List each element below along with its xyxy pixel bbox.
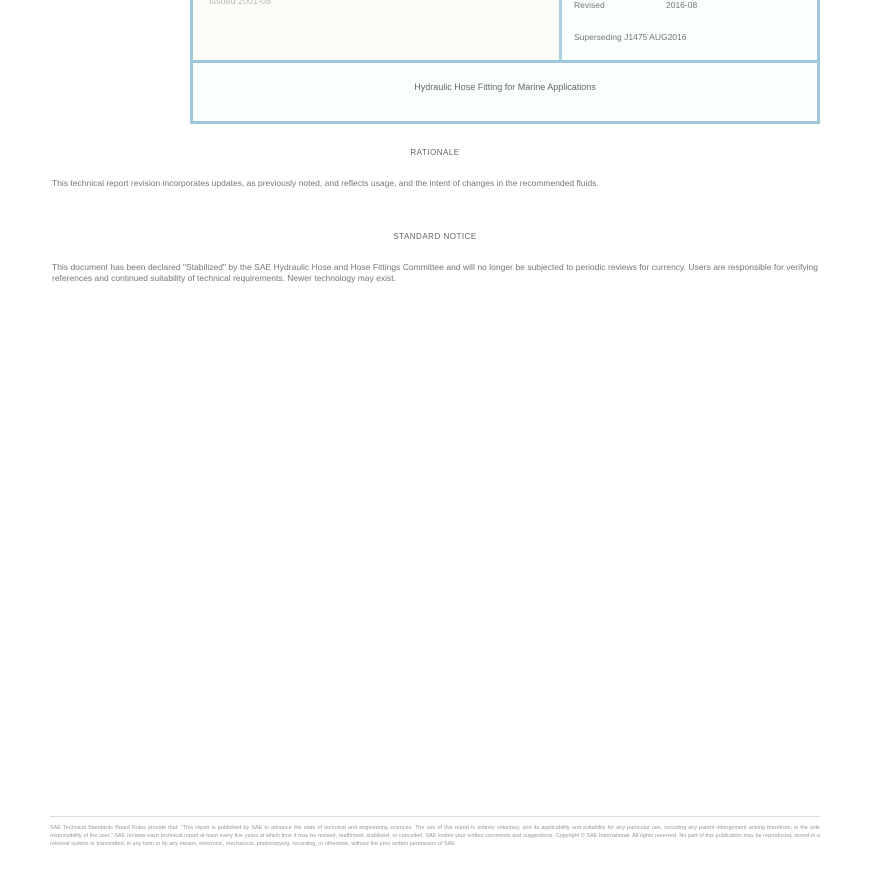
superseding-label: Superseding — [574, 32, 622, 42]
revised-value: 2016-08 — [666, 0, 697, 10]
rationale-heading: RATIONALE — [50, 148, 820, 157]
issued-text: Issued 2001-08 — [209, 0, 271, 6]
standard-notice-heading: STANDARD NOTICE — [50, 232, 820, 241]
header-top-row: Issued 2001-08 Revised2016-08 Supersedin… — [193, 0, 817, 63]
superseding-value: J1475 AUG2016 — [624, 32, 686, 42]
header-right-cell: Revised2016-08 Superseding J1475 AUG2016 — [562, 0, 817, 60]
rationale-body: This technical report revision incorpora… — [52, 178, 818, 189]
footer-divider — [50, 816, 820, 817]
document-header-box: Issued 2001-08 Revised2016-08 Supersedin… — [190, 0, 820, 124]
superseding-field: Superseding J1475 AUG2016 — [574, 32, 687, 42]
revised-label: Revised — [574, 0, 666, 10]
header-left-cell: Issued 2001-08 — [193, 0, 562, 60]
revised-field: Revised2016-08 — [574, 0, 697, 10]
standard-notice-body: This document has been declared "Stabili… — [52, 262, 818, 284]
document-title: Hydraulic Hose Fitting for Marine Applic… — [193, 82, 817, 92]
footer-legal-text: SAE Technical Standards Board Rules prov… — [50, 824, 820, 848]
